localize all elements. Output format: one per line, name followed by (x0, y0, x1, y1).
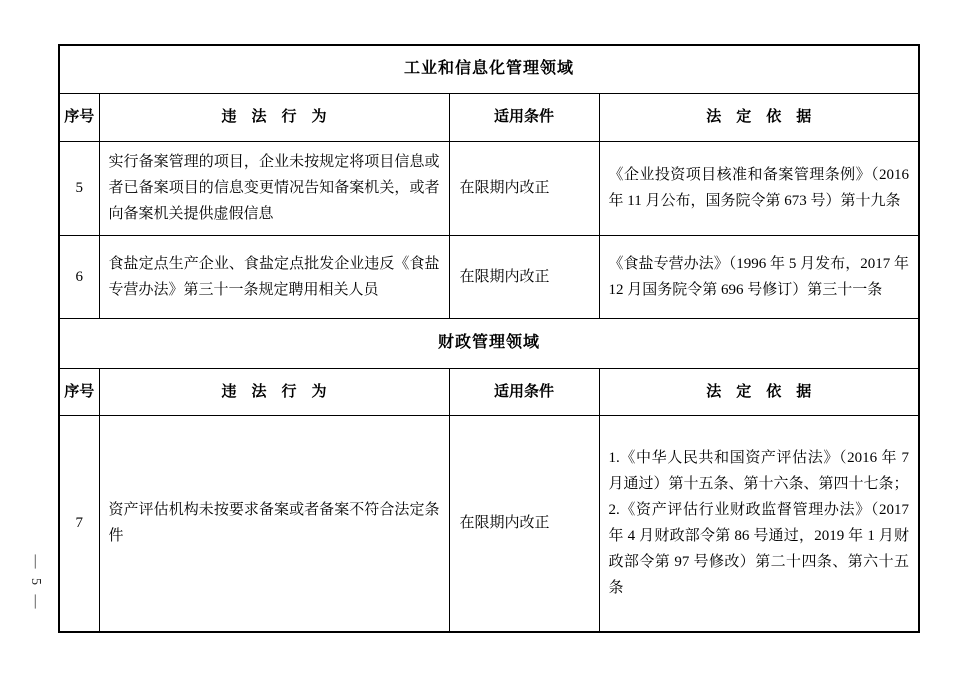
col-header-basis: 法 定 依 据 (599, 93, 919, 141)
regulation-table: 工业和信息化管理领域 序号 违 法 行 为 适用条件 法 定 依 据 5 实行备… (58, 44, 920, 633)
table-row: 7 资产评估机构未按要求备案或者备案不符合法定条件 在限期内改正 1.《中华人民… (59, 415, 919, 632)
row-behavior: 资产评估机构未按要求备案或者备案不符合法定条件 (99, 415, 449, 632)
column-header-row: 序号 违 法 行 为 适用条件 法 定 依 据 (59, 93, 919, 141)
row-number: 6 (59, 235, 99, 318)
row-behavior: 实行备案管理的项目，企业未按规定将项目信息或者已备案项目的信息变更情况告知备案机… (99, 141, 449, 235)
col-header-behavior: 违 法 行 为 (99, 368, 449, 415)
row-basis: 1.《中华人民共和国资产评估法》（2016 年 7 月通过）第十五条、第十六条、… (599, 415, 919, 632)
col-header-condition: 适用条件 (449, 93, 599, 141)
col-header-basis: 法 定 依 据 (599, 368, 919, 415)
row-number: 7 (59, 415, 99, 632)
row-behavior: 食盐定点生产企业、食盐定点批发企业违反《食盐专营办法》第三十一条规定聘用相关人员 (99, 235, 449, 318)
col-header-no: 序号 (59, 368, 99, 415)
col-header-condition: 适用条件 (449, 368, 599, 415)
row-condition: 在限期内改正 (449, 235, 599, 318)
section-header-row: 财政管理领域 (59, 318, 919, 368)
row-condition: 在限期内改正 (449, 141, 599, 235)
row-basis: 《食盐专营办法》（1996 年 5 月发布，2017 年 12 月国务院令第 6… (599, 235, 919, 318)
column-header-row: 序号 违 法 行 为 适用条件 法 定 依 据 (59, 368, 919, 415)
row-condition: 在限期内改正 (449, 415, 599, 632)
col-header-behavior: 违 法 行 为 (99, 93, 449, 141)
section-title: 工业和信息化管理领域 (59, 45, 919, 93)
page-number: — 5 — (27, 555, 43, 612)
col-header-no: 序号 (59, 93, 99, 141)
table-row: 5 实行备案管理的项目，企业未按规定将项目信息或者已备案项目的信息变更情况告知备… (59, 141, 919, 235)
section-header-row: 工业和信息化管理领域 (59, 45, 919, 93)
row-number: 5 (59, 141, 99, 235)
document-page: — 5 — 工业和信息化管理领域 序号 违 法 行 为 适用条件 法 定 依 据… (0, 0, 979, 674)
section-title: 财政管理领域 (59, 318, 919, 368)
table-row: 6 食盐定点生产企业、食盐定点批发企业违反《食盐专营办法》第三十一条规定聘用相关… (59, 235, 919, 318)
row-basis: 《企业投资项目核准和备案管理条例》（2016 年 11 月公布，国务院令第 67… (599, 141, 919, 235)
